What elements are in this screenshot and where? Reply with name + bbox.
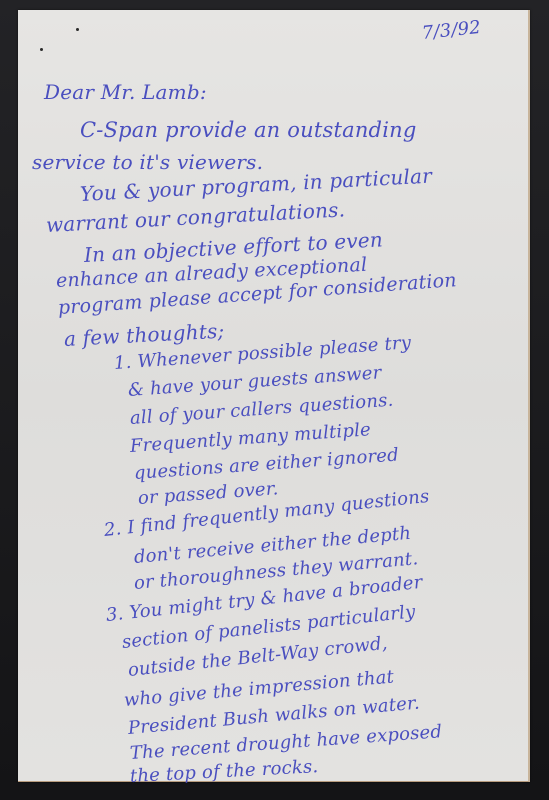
paper-mark: [76, 28, 79, 31]
salutation: Dear Mr. Lamb:: [44, 80, 207, 104]
paper-mark: [40, 48, 43, 51]
letter-line: service to it's viewers.: [32, 150, 263, 174]
letter-line: C-Span provide an outstanding: [80, 118, 416, 142]
letter-date: 7/3/92: [421, 17, 482, 44]
letter-paper: 7/3/92 Dear Mr. Lamb: C-Span provide an …: [18, 10, 530, 782]
